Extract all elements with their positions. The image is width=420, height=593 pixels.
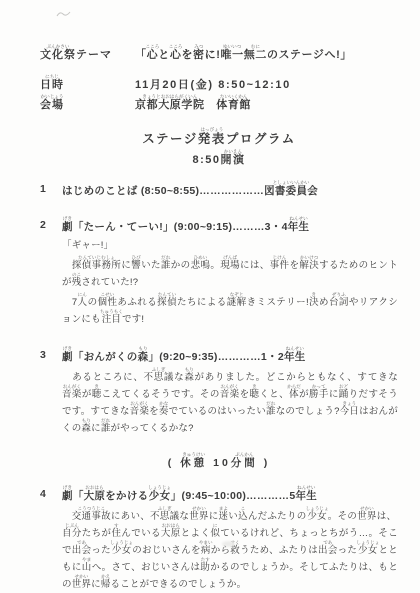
item-number: 1 (40, 180, 62, 200)
program-item-3: 3 劇げき「おんがくの森もり」(9:20~9:35)…………1・2年生ねんせい … (40, 346, 398, 437)
item-number: 3 (40, 346, 62, 437)
item-body-paragraph: 交通事故こうつうじこにあい、不思議ふしぎな世界せかいに迷まよい込こんだふたりの少… (62, 506, 398, 593)
curtain-time: 8:50開演かいえん (40, 149, 398, 168)
item-description: あるところに、不思議ふしぎな森もりがありました。どこからともなく、すてきな音楽お… (62, 367, 398, 437)
item-description: 交通事故こうつうじこにあい、不思議ふしぎな世界せかいに迷まよい込こんだふたりの少… (62, 506, 398, 593)
date-value: 11月20日(金) 8:50~12:10 (135, 77, 398, 94)
date-row: 日時にちじ 11月20日(金) 8:50~12:10 (40, 74, 398, 94)
item-body-paragraph: 探偵事務所たんていじむしょに響ひびいた誰だれかの悲鳴ひめい。現場げんばには、事件… (62, 255, 398, 291)
document-page: 文化祭ぶんかさいテーマ 「心こころと心こころを密みつに!唯一ゆいいつ無二むにのス… (0, 0, 420, 593)
item-number: 4 (40, 485, 62, 593)
item-number: 2 (40, 216, 62, 328)
item-body-paragraph: あるところに、不思議ふしぎな森もりがありました。どこからともなく、すてきな音楽お… (62, 367, 398, 437)
program-item-1: 1 はじめのことば (8:50~8:55)………………図書委員会としょいいんかい (40, 180, 398, 200)
break-line: ( 休憩きゅうけい 10分間ぷんかん ) (40, 452, 398, 471)
venue-value: 京都大原学院きょうとおおはらがくいん 体育館たいいくかん (135, 94, 398, 114)
program-header: ステージ発表はっぴょうプログラム 8:50開演かいえん (40, 127, 398, 168)
item-title: 劇げき「おんがくの森もり」(9:20~9:35)…………1・2年生ねんせい (62, 346, 398, 366)
document-header: 文化祭ぶんかさいテーマ 「心こころと心こころを密みつに!唯一ゆいいつ無二むにのス… (40, 44, 398, 114)
scan-smudge-artifact (222, 541, 235, 547)
theme-label: 文化祭ぶんかさいテーマ (40, 44, 135, 64)
item-body-paragraph: 「ギャー!」 (62, 237, 398, 254)
program-item-2: 2 劇げき「たーん・てーい!」(9:00~9:15)………3・4年生ねんせい 「… (40, 216, 398, 328)
pencil-mark-artifact (56, 9, 71, 20)
theme-value: 「心こころと心こころを密みつに!唯一ゆいいつ無二むにのステージへ!」 (135, 44, 398, 64)
venue-row: 会場かいじょう 京都大原学院きょうとおおはらがくいん 体育館たいいくかん (40, 94, 398, 114)
item-description: 「ギャー!」 探偵事務所たんていじむしょに響ひびいた誰だれかの悲鳴ひめい。現場げ… (62, 237, 398, 328)
program-item-4: 4 劇げき「大原おおはらをかける少女しょうじょ」(9:45~10:00)…………… (40, 485, 398, 593)
date-label: 日時にちじ (40, 74, 135, 94)
item-body-paragraph: 7人にんの個性こせいあふれる探偵たんていたちによる謎解なぞときミステリー!決きめ… (62, 292, 398, 328)
item-title: 劇げき「たーん・てーい!」(9:00~9:15)………3・4年生ねんせい (62, 216, 398, 236)
theme-row: 文化祭ぶんかさいテーマ 「心こころと心こころを密みつに!唯一ゆいいつ無二むにのス… (40, 44, 398, 64)
program-title: ステージ発表はっぴょうプログラム (40, 127, 398, 148)
item-title: はじめのことば (8:50~8:55)………………図書委員会としょいいんかい (62, 180, 398, 200)
venue-label: 会場かいじょう (40, 94, 135, 114)
item-title: 劇げき「大原おおはらをかける少女しょうじょ」(9:45~10:00)…………5年… (62, 485, 398, 505)
